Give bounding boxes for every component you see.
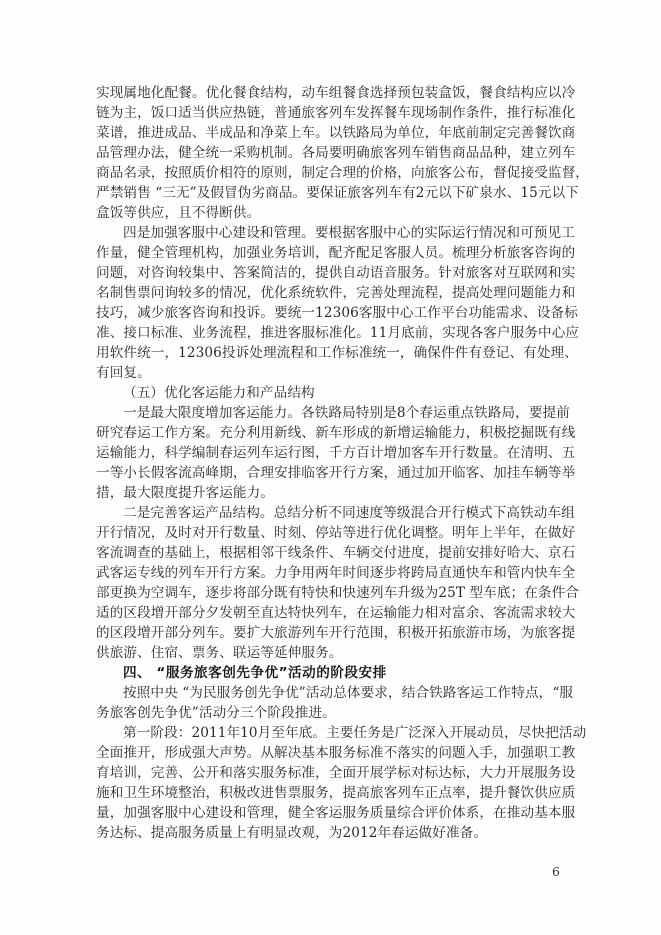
document-text-line: 部更换为空调车，逐步将部分既有特快和快速列车升级为25T 型车底；在条件合 xyxy=(96,583,588,603)
document-text-line: 技巧，减少旅客咨询和投诉。要统一12306客服中心工作平台功能需求、设备标 xyxy=(96,303,588,323)
page-number: 6 xyxy=(552,864,576,879)
document-text-line: 施和卫生环境整治，积极改进售票服务，提高旅客列车正点率，提升餐饮供应质 xyxy=(96,783,588,803)
document-text-line: 量，加强客服中心建设和管理，健全客运服务质量综合评价体系，在推动基本服 xyxy=(96,803,588,823)
document-text-line: 四是加强客服中心建设和管理。要根据客服中心的实际运行情况和可预见工 xyxy=(96,223,588,243)
document-text-line: 实现属地化配餐。优化餐食结构，动车组餐食选择预包装盒饭，餐食结构应以冷 xyxy=(96,83,588,103)
document-text-line: 用软件统一，12306投诉处理流程和工作标准统一，确保件件有登记、有处理、 xyxy=(96,343,588,363)
document-text-line: 品管理办法，健全统一采购机制。各局要明确旅客列车销售商品品种，建立列车 xyxy=(96,143,588,163)
document-text-line: 一等小长假客流高峰期，合理安排临客开行方案，通过加开临客、加挂车辆等举 xyxy=(96,463,588,483)
document-text-line: 准、接口标准、业务流程，推进客服标准化。11月底前，实现各客户服务中心应 xyxy=(96,323,588,343)
document-body: 实现属地化配餐。优化餐食结构，动车组餐食选择预包装盒饭，餐食结构应以冷链为主，饭… xyxy=(96,83,588,843)
document-text-line: 二是完善客运产品结构。总结分析不同速度等级混合开行模式下高铁动车组 xyxy=(96,503,588,523)
document-text-line: 全面推开，形成强大声势。从解决基本服务标准不落实的问题入手，加强职工教 xyxy=(96,743,588,763)
document-text-line: 务达标、提高服务质量上有明显改观，为2012年春运做好准备。 xyxy=(96,823,588,843)
document-text-line: 盒饭等供应，且不得断供。 xyxy=(96,203,588,223)
document-text-line: 链为主，饭口适当供应热链，普通旅客列车发挥餐车现场制作条件，推行标准化 xyxy=(96,103,588,123)
document-text-line: 商品名录，按照质价相符的原则，制定合理的价格，向旅客公布，督促接受监督， xyxy=(96,163,588,183)
document-page: 实现属地化配餐。优化餐食结构，动车组餐食选择预包装盒饭，餐食结构应以冷链为主，饭… xyxy=(0,0,661,935)
document-text-line: 的区段增开部分列车。要扩大旅游列车开行范围，积极开拓旅游市场，为旅客提 xyxy=(96,623,588,643)
document-text-line: 武客运专线的列车开行方案。力争用两年时间逐步将跨局直通快车和管内快车全 xyxy=(96,563,588,583)
section-heading: 四、 “服务旅客创先争优”活动的阶段安排 xyxy=(96,663,588,683)
document-text-line: 客流调查的基础上，根据相邻干线条件、车辆交付进度，提前安排好哈大、京石 xyxy=(96,543,588,563)
document-text-line: 研究春运工作方案。充分利用新线、新车形成的新增运输能力，积极挖掘既有线 xyxy=(96,423,588,443)
document-text-line: 问题，对咨询较集中、答案简洁的，提供自动语音服务。针对旅客对互联网和实 xyxy=(96,263,588,283)
document-text-line: 育培训，完善、公开和落实服务标准，全面开展学标对标达标，大力开展服务设 xyxy=(96,763,588,783)
document-text-line: 名制售票问询较多的情况，优化系统软件，完善处理流程，提高处理问题能力和 xyxy=(96,283,588,303)
document-text-line: 措，最大限度提升客运能力。 xyxy=(96,483,588,503)
document-text-line: （五）优化客运能力和产品结构 xyxy=(96,383,588,403)
document-text-line: 作量，健全管理机构，加强业务培训，配齐配足客服人员。梳理分析旅客咨询的 xyxy=(96,243,588,263)
document-text-line: 运输能力，科学编制春运列车运行图，千方百计增加客车开行数量。在清明、五 xyxy=(96,443,588,463)
document-text-line: 务旅客创先争优”活动分三个阶段推进。 xyxy=(96,703,588,723)
document-text-line: 有回复。 xyxy=(96,363,588,383)
document-text-line: 菜谱，推进成品、半成品和净菜上车。以铁路局为单位，年底前制定完善餐饮商 xyxy=(96,123,588,143)
document-text-line: 严禁销售 “三无”及假冒伪劣商品。要保证旅客列车有2元以下矿泉水、15元以下 xyxy=(96,183,588,203)
document-text-line: 开行情况，及时对开行数量、时刻、停站等进行优化调整。明年上半年，在做好 xyxy=(96,523,588,543)
document-text-line: 按照中央 “为民服务创先争优”活动总体要求，结合铁路客运工作特点，“服 xyxy=(96,683,588,703)
document-text-line: 一是最大限度增加客运能力。各铁路局特别是8个春运重点铁路局，要提前 xyxy=(96,403,588,423)
document-text-line: 供旅游、住宿、票务、联运等延伸服务。 xyxy=(96,643,588,663)
document-text-line: 适的区段增开部分夕发朝至直达特快列车，在运输能力相对富余、客流需求较大 xyxy=(96,603,588,623)
document-text-line: 第一阶段：2011年10月至年底。主要任务是广泛深入开展动员，尽快把活动 xyxy=(96,723,588,743)
